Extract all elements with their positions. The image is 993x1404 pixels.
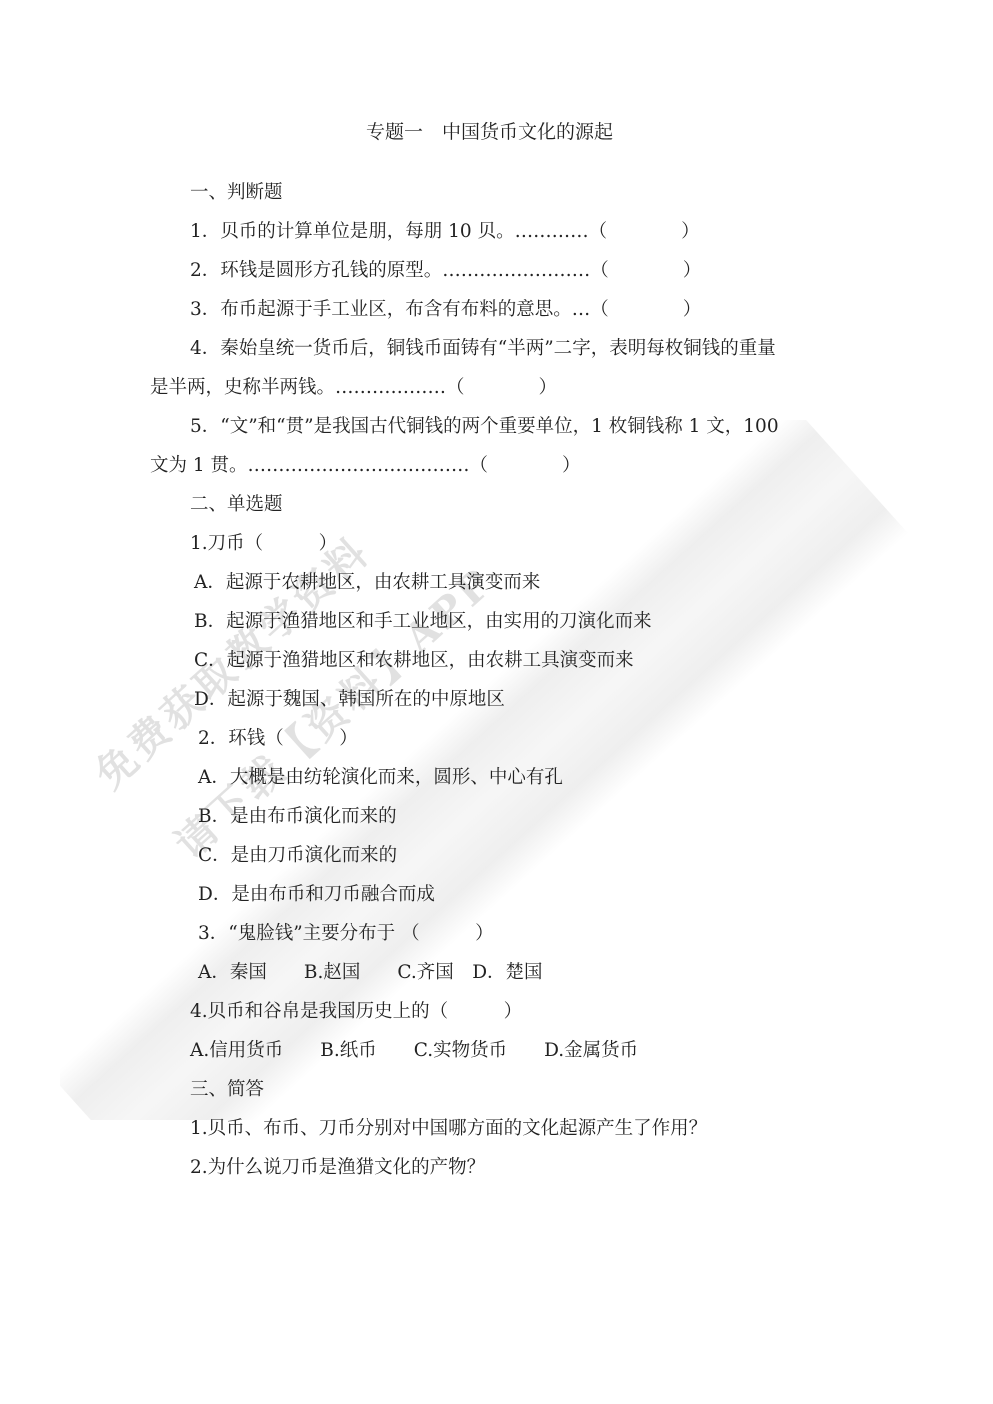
mc-question-3: 3．“鬼脸钱”主要分布于 （ ） <box>198 922 494 946</box>
tf-item-2: 2．环钱是圆形方孔钱的原型。……………………（ ） <box>190 259 701 283</box>
mc-q1-option-b: B．起源于渔猎地区和手工业地区，由实用的刀演化而来 <box>194 610 652 634</box>
watermark-text-2: 请下载【资料】APP <box>161 420 942 870</box>
mc-q1-option-c: C．起源于渔猎地区和农耕地区，由农耕工具演变而来 <box>194 649 634 673</box>
section-heading-short-answer: 三、简答 <box>190 1078 264 1102</box>
sa-question-2: 2.为什么说刀币是渔猎文化的产物？ <box>190 1156 485 1180</box>
mc-q2-option-b: B．是由布币演化而来的 <box>198 805 397 829</box>
tf-item-4-line2: 是半两，史称半两钱。………………（ ） <box>150 376 557 400</box>
mc-question-2: 2．环钱（ ） <box>198 727 358 751</box>
mc-q4-options: A.信用货币 B.纸币 C.实物货币 D.金属货币 <box>190 1039 638 1063</box>
mc-q1-option-d: D．起源于魏国、韩国所在的中原地区 <box>194 688 505 712</box>
mc-q2-option-c: C．是由刀币演化而来的 <box>198 844 397 868</box>
section-heading-true-false: 一、判断题 <box>190 181 283 205</box>
tf-item-1: 1．贝币的计算单位是朋，每朋 10 贝。…………（ ） <box>190 220 700 244</box>
tf-item-5-line2: 文为 1 贯。………………………………（ ） <box>150 454 581 478</box>
mc-question-1: 1.刀币（ ） <box>190 532 337 556</box>
mc-q3-options: A．秦国 B.赵国 C.齐国 D．楚国 <box>198 961 543 985</box>
mc-question-4: 4.贝币和谷帛是我国历史上的（ ） <box>190 1000 522 1024</box>
mc-q1-option-a: A．起源于农耕地区，由农耕工具演变而来 <box>194 571 540 595</box>
page-title: 专题一 中国货币文化的源起 <box>366 120 613 144</box>
mc-q2-option-a: A．大概是由纺轮演化而来，圆形、中心有孔 <box>198 766 563 790</box>
tf-item-5-line1: 5．“文”和“贯”是我国古代铜钱的两个重要单位，1 枚铜钱称 1 文，100 <box>190 415 779 439</box>
mc-q2-option-d: D．是由布币和刀币融合而成 <box>198 883 435 907</box>
section-heading-single-choice: 二、单选题 <box>190 493 283 517</box>
sa-question-1: 1.贝币、布币、刀币分别对中国哪方面的文化起源产生了作用？ <box>190 1117 707 1141</box>
tf-item-4-line1: 4．秦始皇统一货币后，铜钱币面铸有“半两”二字，表明每枚铜钱的重量 <box>190 337 776 361</box>
tf-item-3: 3．布币起源于手工业区，布含有布料的意思。…（ ） <box>190 298 701 322</box>
